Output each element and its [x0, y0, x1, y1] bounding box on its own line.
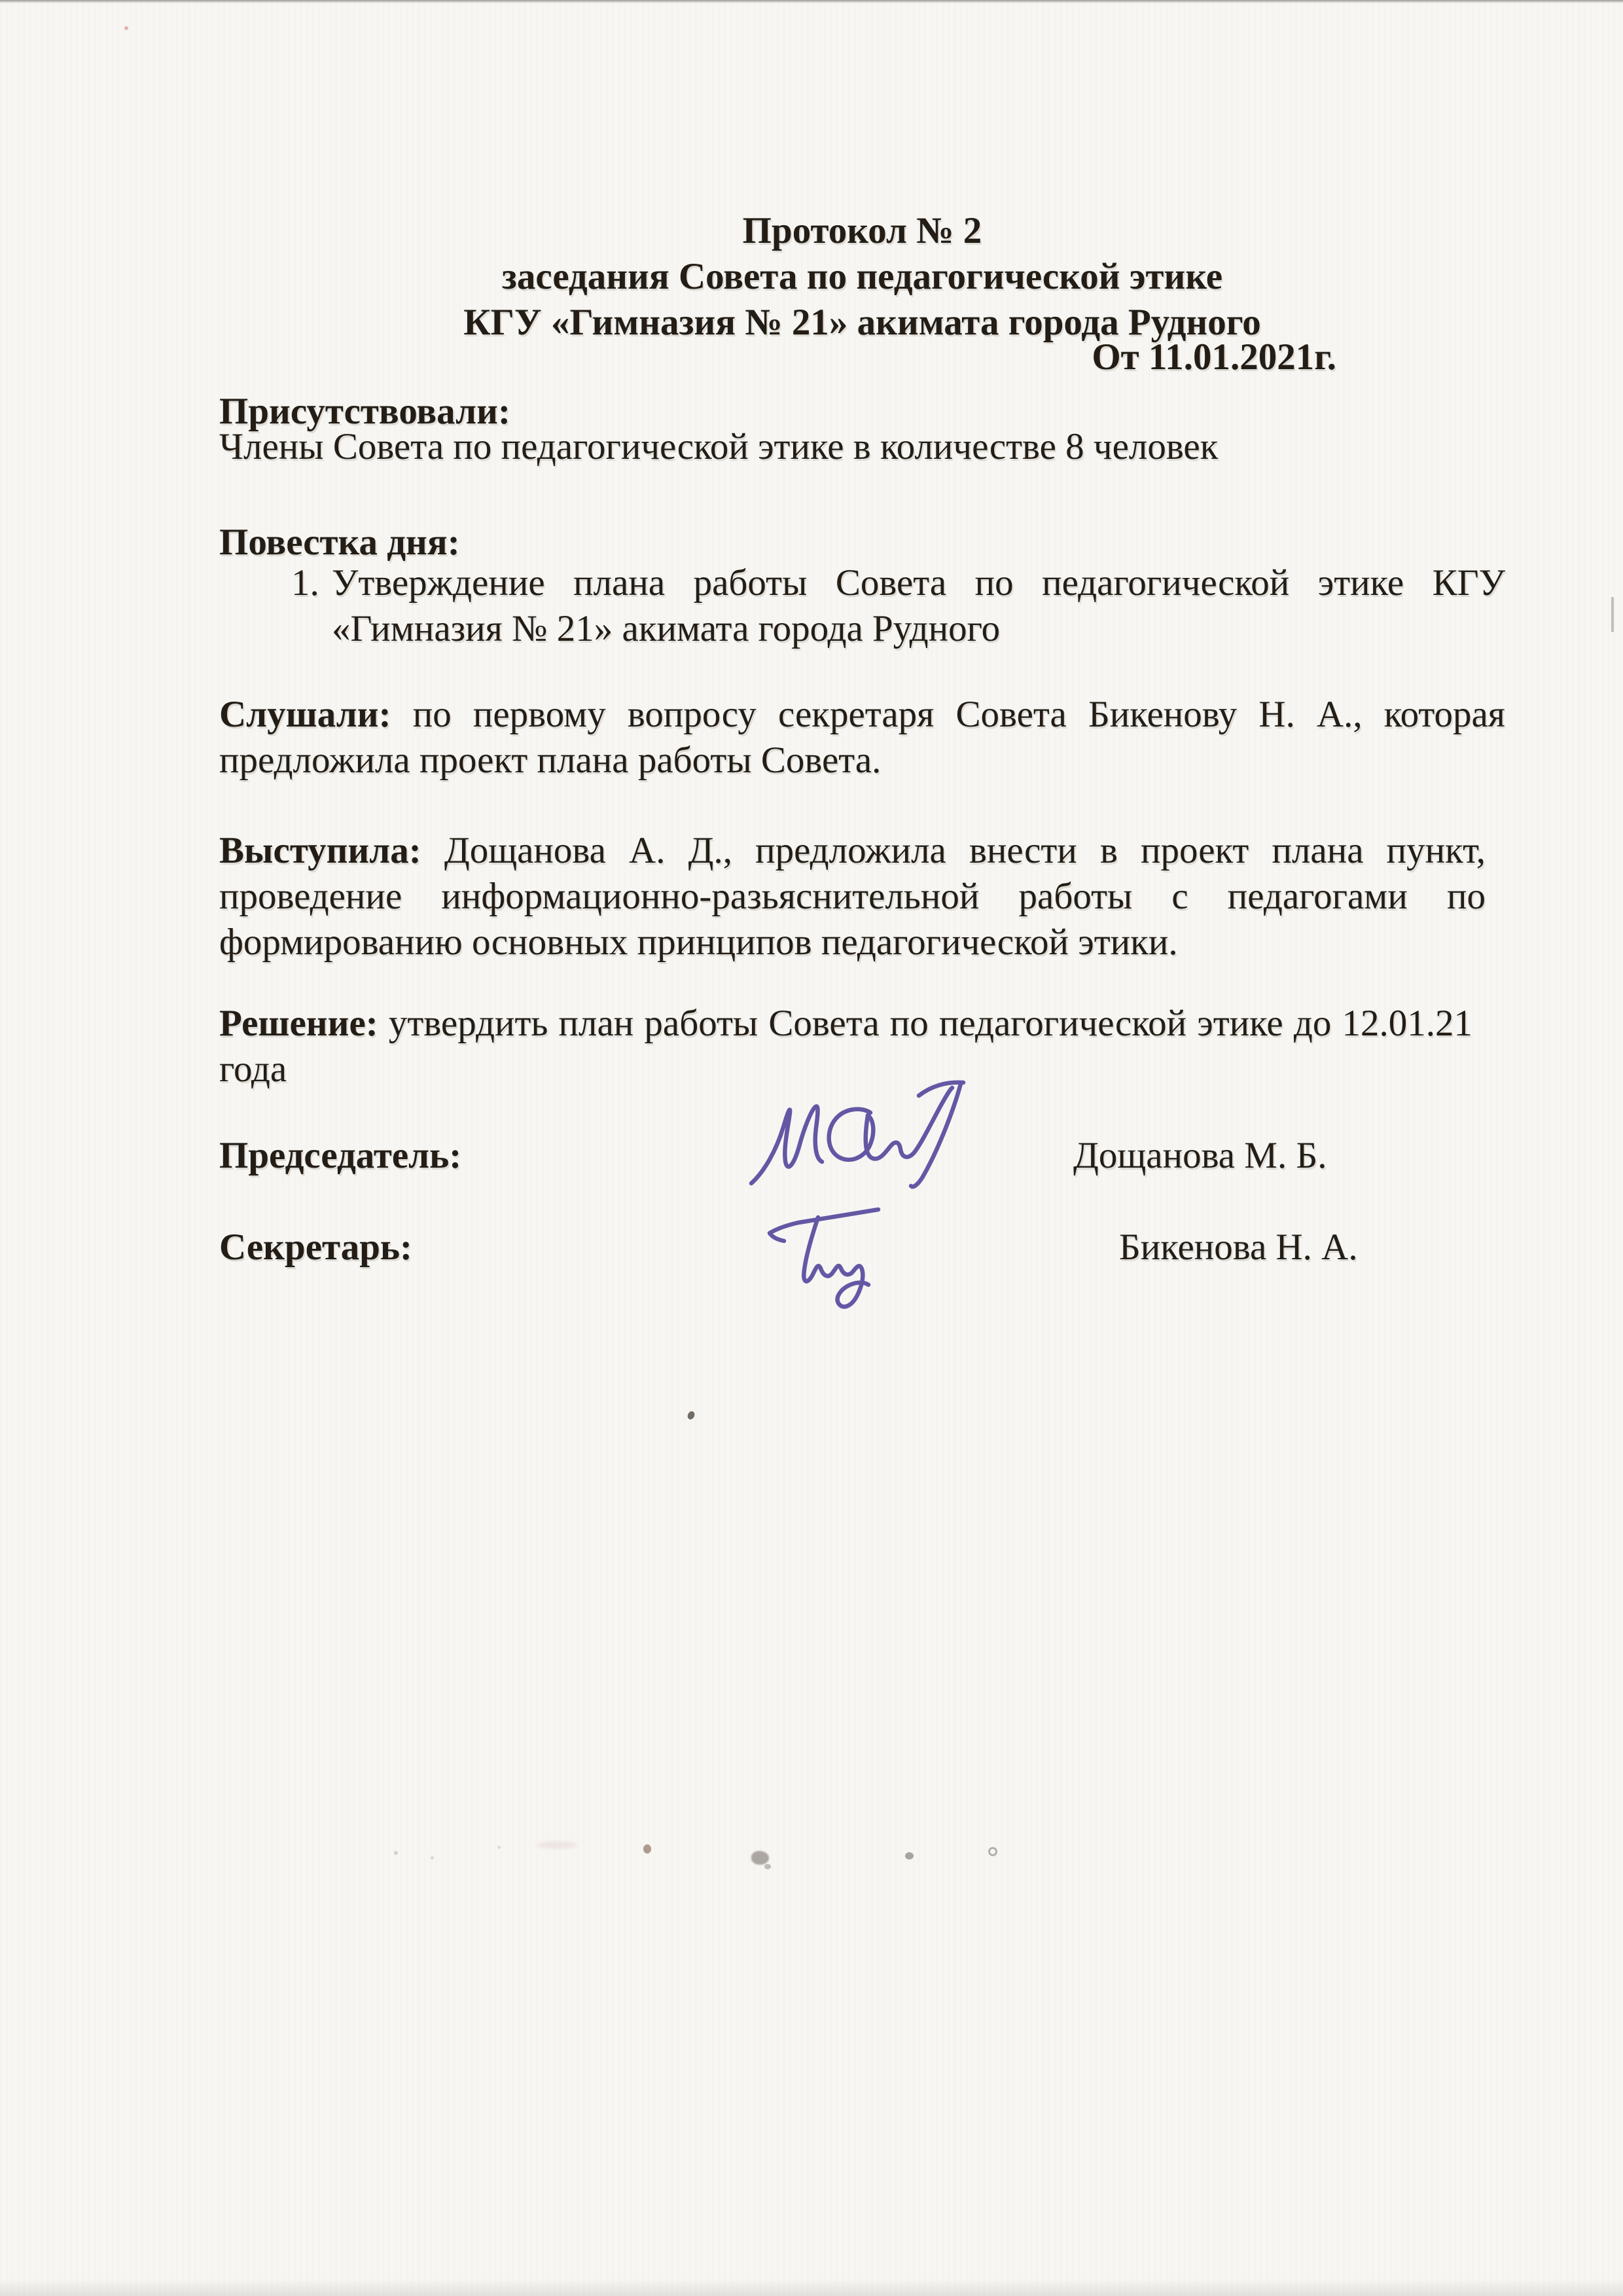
scan-speck: [687, 1410, 696, 1420]
scan-smudge: [751, 1851, 769, 1865]
heard-paragraph: Слушали: по первому вопросу секретаря Со…: [219, 692, 1505, 783]
scan-edge-mark: [1611, 597, 1614, 632]
scan-speck: [394, 1851, 398, 1855]
signature-name-chair: Дощанова М. Б.: [1073, 1133, 1327, 1179]
decision-text: утвердить план работы Совета по педагоги…: [219, 1003, 1472, 1090]
agenda-item-number: 1.: [291, 560, 319, 606]
agenda-label: Повестка дня:: [219, 520, 1505, 565]
heard-label: Слушали:: [219, 694, 391, 735]
title-line-1: Протокол № 2: [219, 208, 1505, 254]
agenda-item: 1. Утверждение плана работы Совета по пе…: [219, 560, 1505, 652]
scan-speck: [643, 1844, 651, 1854]
signature-role-secretary: Секретарь:: [219, 1225, 412, 1270]
spoke-paragraph: Выступила: Дощанова А. Д., предложила вн…: [219, 828, 1486, 965]
signature-role-chair: Председатель:: [219, 1133, 461, 1179]
scan-speck: [124, 26, 128, 30]
decision-paragraph: Решение: утвердить план работы Совета по…: [219, 1001, 1472, 1092]
scanned-protocol-page: Протокол № 2 заседания Совета по педагог…: [0, 0, 1623, 2296]
spoke-label: Выступила:: [219, 830, 421, 871]
decision-label: Решение:: [219, 1003, 378, 1044]
scan-speck: [764, 1864, 771, 1869]
title-line-2: заседания Совета по педагогической этике: [219, 254, 1505, 300]
secretary-signature-ink: [770, 1210, 878, 1306]
scan-edge-bottom: [0, 2279, 1623, 2296]
agenda-item-text: Утверждение плана работы Совета по педаг…: [332, 562, 1505, 649]
scan-edge-top: [0, 0, 1623, 3]
scan-speck: [988, 1847, 997, 1856]
signature-name-secretary: Бикенова Н. А.: [1119, 1225, 1358, 1270]
heard-text: по первому вопросу секретаря Совета Бике…: [219, 694, 1505, 781]
attendees-text: Члены Совета по педагогической этике в к…: [219, 424, 1505, 470]
scan-speck: [905, 1852, 914, 1859]
scan-speck: [497, 1846, 501, 1849]
chair-signature-ink: [751, 1083, 963, 1187]
scan-smudge: [537, 1841, 577, 1849]
scan-speck: [431, 1856, 434, 1859]
document-title: Протокол № 2 заседания Совета по педагог…: [219, 208, 1505, 346]
date-line: От 11.01.2021г.: [219, 334, 1505, 380]
